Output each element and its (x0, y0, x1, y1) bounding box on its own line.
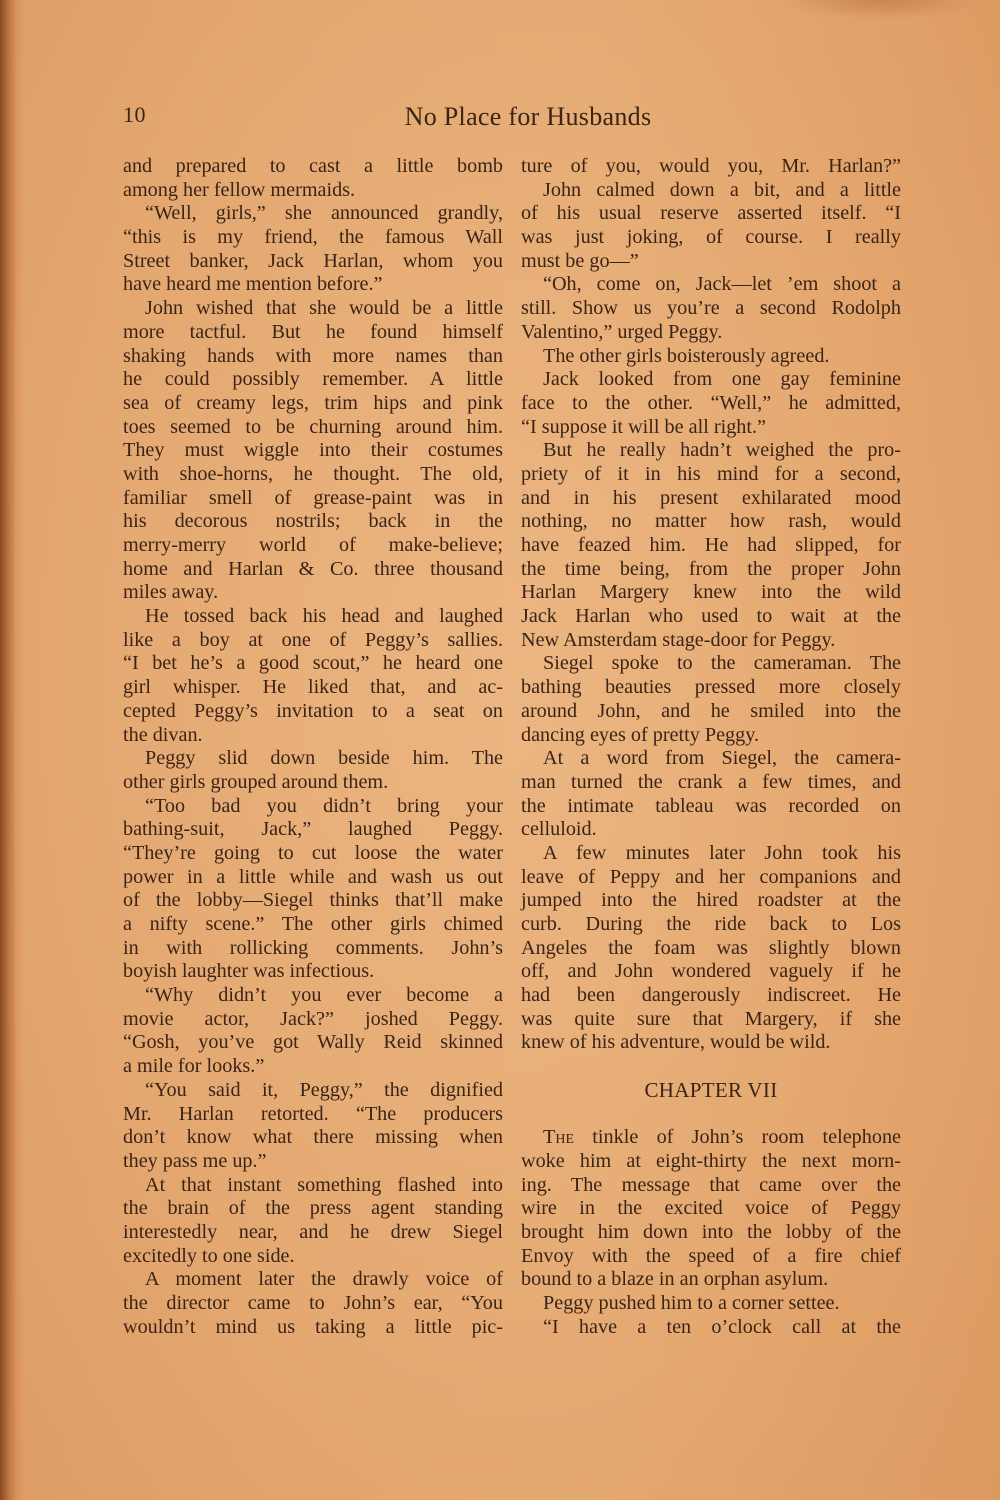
text-line: Valentino,” urged Peggy. (521, 321, 901, 345)
text-line: jumped into the hired roadster at the (521, 889, 901, 913)
text-line: “Well, girls,” she announced grandly, (123, 202, 503, 226)
text-line: knew of his adventure, would be wild. (521, 1031, 901, 1055)
text-line: They must wiggle into their costumes (123, 439, 503, 463)
text-line: in with rollicking comments. John’s (123, 937, 503, 961)
text-line: bathing beauties pressed more closely (521, 676, 901, 700)
opening-line-rest: tinkle of John’s room telephone (574, 1126, 901, 1148)
text-line: New Amsterdam stage-door for Peggy. (521, 629, 901, 653)
text-line: have heard me mention before.” (123, 273, 503, 297)
text-line: face to the other. “Well,” he admitted, (521, 392, 901, 416)
paper-stain (780, 0, 980, 20)
book-page: 10 No Place for Husbands and prepared to… (0, 0, 1000, 1500)
text-line: Harlan Margery knew into the wild (521, 581, 901, 605)
text-line: girl whisper. He liked that, and ac- (123, 676, 503, 700)
text-line: he could possibly remember. A little (123, 368, 503, 392)
page-edge-shadow (0, 0, 16, 1500)
text-line: excitedly to one side. (123, 1245, 503, 1269)
text-line: and prepared to cast a little bomb (123, 155, 503, 179)
text-line: interestedly near, and he drew Siegel (123, 1221, 503, 1245)
small-caps-lead: The (543, 1126, 574, 1148)
running-head: 10 No Place for Husbands (123, 100, 903, 136)
text-line: power in a little while and wash us out (123, 866, 503, 890)
text-line: miles away. (123, 581, 503, 605)
text-line: Jack Harlan who used to wait at the (521, 605, 901, 629)
right-column-text-before-chapter: ture of you, would you, Mr. Harlan?”John… (521, 155, 901, 1055)
text-line: bound to a blaze in an orphan asylum. (521, 1268, 901, 1292)
text-line: John wished that she would be a little (123, 297, 503, 321)
text-line: sea of creamy legs, trim hips and pink (123, 392, 503, 416)
text-line: of his usual reserve asserted itself. “I (521, 202, 901, 226)
text-line: man turned the crank a few times, and (521, 771, 901, 795)
text-line: among her fellow mermaids. (123, 179, 503, 203)
text-line: the time being, from the proper John (521, 558, 901, 582)
text-line: ture of you, would you, Mr. Harlan?” (521, 155, 901, 179)
text-line: the director came to John’s ear, “You (123, 1292, 503, 1316)
text-line: boyish laughter was infectious. (123, 960, 503, 984)
text-line: his decorous nostrils; back in the (123, 510, 503, 534)
text-line: Peggy slid down beside him. The (123, 747, 503, 771)
text-line: shaking hands with more names than (123, 345, 503, 369)
text-line: But he really hadn’t weighed the pro- (521, 439, 901, 463)
text-line: celluloid. (521, 818, 901, 842)
text-line: He tossed back his head and laughed (123, 605, 503, 629)
text-line: was quite sure that Margery, if she (521, 1008, 901, 1032)
text-line: have feazed him. He had slipped, for (521, 534, 901, 558)
text-line: At a word from Siegel, the camera- (521, 747, 901, 771)
text-line: movie actor, Jack?” joshed Peggy. (123, 1008, 503, 1032)
text-line: Street banker, Jack Harlan, whom you (123, 250, 503, 274)
text-line: dancing eyes of pretty Peggy. (521, 724, 901, 748)
text-line: with shoe-horns, he thought. The old, (123, 463, 503, 487)
text-line: “Why didn’t you ever become a (123, 984, 503, 1008)
text-line: “this is my friend, the famous Wall (123, 226, 503, 250)
chapter-heading: CHAPTER VII (521, 1079, 901, 1103)
right-column-text-after-chapter: woke him at eight-thirty the next morn-i… (521, 1150, 901, 1340)
text-line: wire in the excited voice of Peggy (521, 1197, 901, 1221)
text-line: nothing, no matter how rash, would (521, 510, 901, 534)
text-line: “Too bad you didn’t bring your (123, 795, 503, 819)
text-line: woke him at eight-thirty the next morn- (521, 1150, 901, 1174)
text-line: of the lobby—Siegel thinks that’ll make (123, 889, 503, 913)
text-line: Mr. Harlan retorted. “The producers (123, 1103, 503, 1127)
text-line: other girls grouped around them. (123, 771, 503, 795)
text-line: still. Show us you’re a second Rodolph (521, 297, 901, 321)
text-line: like a boy at one of Peggy’s sallies. (123, 629, 503, 653)
text-line: don’t know what there missing when (123, 1126, 503, 1150)
text-line: “Oh, come on, Jack—let ’em shoot a (521, 273, 901, 297)
text-line: priety of it in his mind for a second, (521, 463, 901, 487)
text-line: familiar smell of grease-paint was in (123, 487, 503, 511)
text-line: cepted Peggy’s invitation to a seat on (123, 700, 503, 724)
text-line: “You said it, Peggy,” the dignified (123, 1079, 503, 1103)
text-line: Jack looked from one gay feminine (521, 368, 901, 392)
text-line: was just joking, of course. I really (521, 226, 901, 250)
text-line: toes seemed to be churning around him. (123, 416, 503, 440)
text-line: curb. During the ride back to Los (521, 913, 901, 937)
text-line: “I have a ten o’clock call at the (521, 1316, 901, 1340)
text-line: a nifty scene.” The other girls chimed (123, 913, 503, 937)
text-line: brought him down into the lobby of the (521, 1221, 901, 1245)
text-line: and in his present exhilarated mood (521, 487, 901, 511)
text-line: a mile for looks.” (123, 1055, 503, 1079)
text-line: off, and John wondered vaguely if he (521, 960, 901, 984)
text-line: bathing-suit, Jack,” laughed Peggy. (123, 818, 503, 842)
text-line: ing. The message that came over the (521, 1174, 901, 1198)
text-line: had been dangerously indiscreet. He (521, 984, 901, 1008)
text-line: “Gosh, you’ve got Wally Reid skinned (123, 1031, 503, 1055)
left-column: and prepared to cast a little bombamong … (123, 155, 503, 1339)
text-line: the brain of the press agent standing (123, 1197, 503, 1221)
text-line: around John, and he smiled into the (521, 700, 901, 724)
text-line: the divan. (123, 724, 503, 748)
text-line: more tactful. But he found himself (123, 321, 503, 345)
text-line: wouldn’t mind us taking a little pic- (123, 1316, 503, 1340)
text-line: A moment later the drawly voice of (123, 1268, 503, 1292)
book-title: No Place for Husbands (123, 102, 903, 132)
text-line: merry-merry world of make-believe; (123, 534, 503, 558)
right-column: ture of you, would you, Mr. Harlan?”John… (521, 155, 901, 1339)
text-line: Angeles the foam was slightly blown (521, 937, 901, 961)
text-line: “They’re going to cut loose the water (123, 842, 503, 866)
text-line: Siegel spoke to the cameraman. The (521, 652, 901, 676)
chapter-opening-line: The tinkle of John’s room telephone (521, 1126, 901, 1150)
text-line: At that instant something flashed into (123, 1174, 503, 1198)
text-line: the intimate tableau was recorded on (521, 795, 901, 819)
text-line: Envoy with the speed of a fire chief (521, 1245, 901, 1269)
text-line: “I suppose it will be all right.” (521, 416, 901, 440)
text-line: John calmed down a bit, and a little (521, 179, 901, 203)
text-line: “I bet he’s a good scout,” he heard one (123, 652, 503, 676)
text-line: home and Harlan & Co. three thousand (123, 558, 503, 582)
text-line: A few minutes later John took his (521, 842, 901, 866)
text-line: they pass me up.” (123, 1150, 503, 1174)
text-line: leave of Peppy and her companions and (521, 866, 901, 890)
text-line: Peggy pushed him to a corner settee. (521, 1292, 901, 1316)
text-line: must be go—” (521, 250, 901, 274)
text-line: The other girls boisterously agreed. (521, 345, 901, 369)
